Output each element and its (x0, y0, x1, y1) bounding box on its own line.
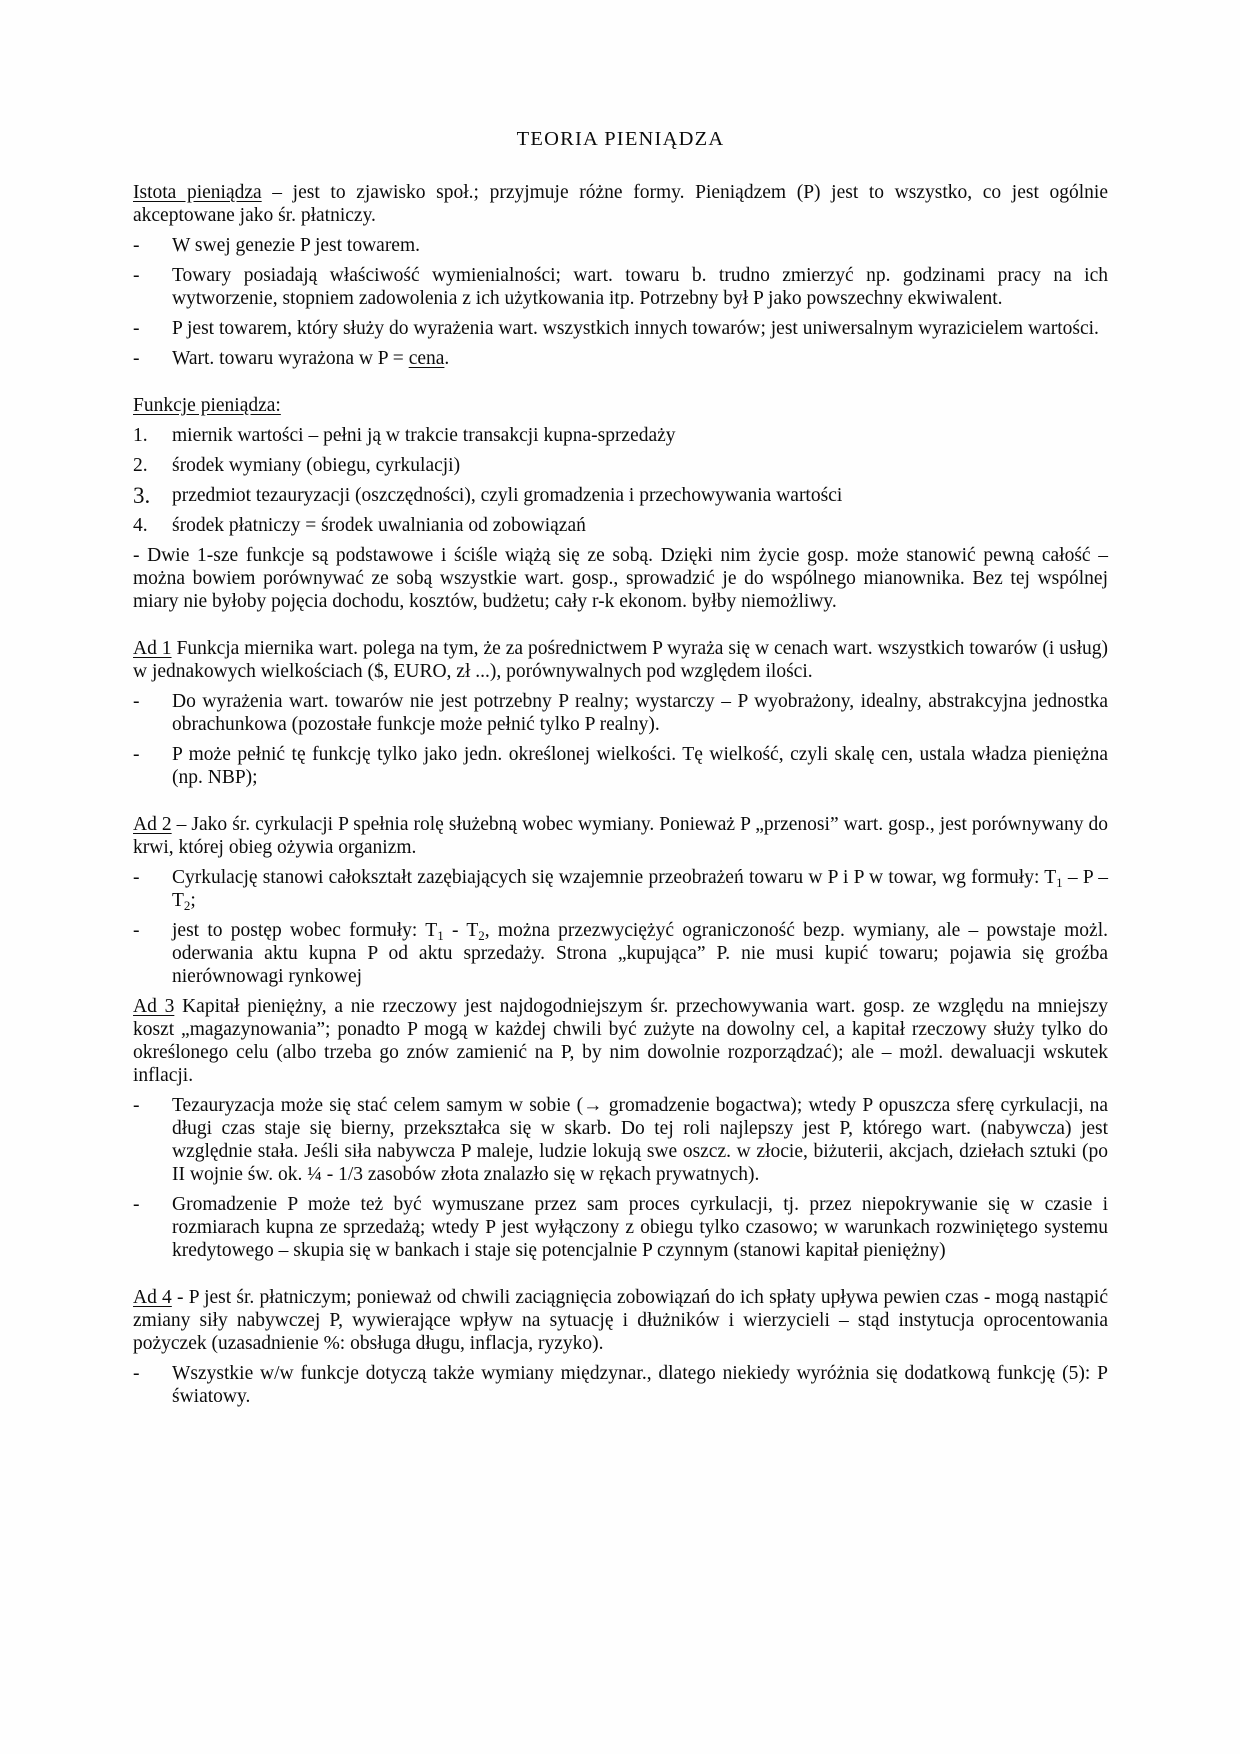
text-run: miernik wartości – pełni ją w trakcie tr… (172, 425, 676, 446)
bullet-list-ad1: - Do wyrażenia wart. towarów nie jest po… (133, 690, 1108, 789)
list-item: 1. miernik wartości – pełni ją w trakcie… (133, 424, 1108, 447)
list-item: - Cyrkulację stanowi całokształt zazębia… (133, 866, 1108, 912)
text-run: P może pełnić tę funkcję tylko jako jedn… (172, 744, 1108, 788)
list-item-text: jest to postęp wobec formuły: T1 - T2, m… (172, 919, 1108, 988)
list-item-text: Cyrkulację stanowi całokształt zazębiają… (172, 866, 1108, 912)
list-item-text: Towary posiadają właściwość wymienialnoś… (172, 264, 1108, 310)
text-run: środek płatniczy = środek uwalniania od … (172, 515, 586, 536)
text-run: Do wyrażenia wart. towarów nie jest potr… (172, 691, 1108, 735)
list-item: - Towary posiadają właściwość wymienialn… (133, 264, 1108, 310)
list-item: - Gromadzenie P może też być wymuszane p… (133, 1193, 1108, 1262)
list-item: - P jest towarem, który służy do wyrażen… (133, 317, 1108, 340)
list-item-text: Tezauryzacja może się stać celem samym w… (172, 1094, 1108, 1186)
bullet-list-ad3: - Tezauryzacja może się stać celem samym… (133, 1094, 1108, 1262)
text-run: W swej genezie P jest towarem. (172, 235, 420, 256)
list-item-text: Wart. towaru wyrażona w P = cena. (172, 347, 1108, 370)
list-item: 4. środek płatniczy = środek uwalniania … (133, 514, 1108, 537)
list-item-text: Do wyrażenia wart. towarów nie jest potr… (172, 690, 1108, 736)
dash-bullet-marker: - (133, 234, 172, 257)
dash-bullet-marker: - (133, 347, 172, 370)
list-item-text: Wszystkie w/w funkcje dotyczą także wymi… (172, 1362, 1108, 1408)
underlined-text: Ad 1 (133, 638, 172, 659)
text-run: - Dwie 1-sze funkcje są podstawowe i ści… (133, 545, 1108, 612)
list-item-text: W swej genezie P jest towarem. (172, 234, 1108, 257)
text-run: ; (190, 890, 195, 911)
dash-bullet-marker: - (133, 264, 172, 310)
text-run: – Jako śr. cyrkulacji P spełnia rolę słu… (133, 814, 1108, 858)
dash-bullet-marker: - (133, 919, 172, 988)
list-item: 2. środek wymiany (obiegu, cyrkulacji) (133, 454, 1108, 477)
dash-bullet-marker: - (133, 317, 172, 340)
underlined-text: Ad 3 (133, 996, 174, 1017)
list-item: - W swej genezie P jest towarem. (133, 234, 1108, 257)
bullet-list-final: - Wszystkie w/w funkcje dotyczą także wy… (133, 1362, 1108, 1408)
number-marker: 2. (133, 454, 172, 477)
text-run: jest to postęp wobec formuły: T (172, 920, 437, 941)
list-item-text: P jest towarem, który służy do wyrażenia… (172, 317, 1108, 340)
number-marker: 3. (133, 484, 172, 507)
paragraph-ad4: Ad 4 - P jest śr. płatniczym; ponieważ o… (133, 1286, 1108, 1355)
list-item: - Tezauryzacja może się stać celem samym… (133, 1094, 1108, 1186)
underlined-text: Istota pieniądza (133, 182, 262, 203)
dash-bullet-marker: - (133, 743, 172, 789)
paragraph-ad2: Ad 2 – Jako śr. cyrkulacji P spełnia rol… (133, 813, 1108, 859)
list-item-text: P może pełnić tę funkcję tylko jako jedn… (172, 743, 1108, 789)
bullet-list-istota: - W swej genezie P jest towarem. - Towar… (133, 234, 1108, 370)
underlined-text: Ad 2 (133, 814, 172, 835)
list-item: - Do wyrażenia wart. towarów nie jest po… (133, 690, 1108, 736)
list-item: - Wart. towaru wyrażona w P = cena. (133, 347, 1108, 370)
paragraph-dwie-funkcje: - Dwie 1-sze funkcje są podstawowe i ści… (133, 544, 1108, 613)
text-run: – jest to zjawisko społ.; przyjmuje różn… (133, 182, 1108, 226)
text-run: Gromadzenie P może też być wymuszane prz… (172, 1194, 1108, 1261)
list-item-text: środek wymiany (obiegu, cyrkulacji) (172, 454, 1108, 477)
paragraph-ad3: Ad 3 Kapitał pieniężny, a nie rzeczowy j… (133, 995, 1108, 1087)
list-item: - Wszystkie w/w funkcje dotyczą także wy… (133, 1362, 1108, 1408)
list-item: 3. przedmiot tezauryzacji (oszczędności)… (133, 484, 1108, 507)
text-run: środek wymiany (obiegu, cyrkulacji) (172, 455, 460, 476)
list-item-text: środek płatniczy = środek uwalniania od … (172, 514, 1108, 537)
text-run: Wart. towaru wyrażona w P = (172, 348, 409, 369)
text-run: Funkcja miernika wart. polega na tym, że… (133, 638, 1108, 682)
dash-bullet-marker: - (133, 1094, 172, 1186)
dash-bullet-marker: - (133, 690, 172, 736)
heading-funkcje-pieniadza: Funkcje pieniądza: (133, 394, 1108, 417)
paragraph-ad1: Ad 1 Funkcja miernika wart. polega na ty… (133, 637, 1108, 683)
underlined-text: Funkcje pieniądza: (133, 395, 281, 416)
bullet-list-ad2: - Cyrkulację stanowi całokształt zazębia… (133, 866, 1108, 988)
list-item-text: miernik wartości – pełni ją w trakcie tr… (172, 424, 1108, 447)
number-marker: 1. (133, 424, 172, 447)
numbered-list-funkcje: 1. miernik wartości – pełni ją w trakcie… (133, 424, 1108, 537)
text-run: - P jest śr. płatniczym; ponieważ od chw… (133, 1287, 1108, 1354)
list-item: - jest to postęp wobec formuły: T1 - T2,… (133, 919, 1108, 988)
list-item-text: przedmiot tezauryzacji (oszczędności), c… (172, 484, 1108, 507)
underlined-text: Ad 4 (133, 1287, 172, 1308)
paragraph-istota-pieniadza: Istota pieniądza – jest to zjawisko społ… (133, 181, 1108, 227)
number-marker: 4. (133, 514, 172, 537)
page-content: TEORIA PIENIĄDZA Istota pieniądza – jest… (0, 0, 1240, 1408)
text-run: Towary posiadają właściwość wymienialnoś… (172, 265, 1108, 309)
text-run: P jest towarem, który służy do wyrażenia… (172, 318, 1099, 339)
underlined-text: cena (409, 348, 445, 369)
dash-bullet-marker: - (133, 1362, 172, 1408)
text-run: Kapitał pieniężny, a nie rzeczowy jest n… (133, 996, 1108, 1086)
list-item-text: Gromadzenie P może też być wymuszane prz… (172, 1193, 1108, 1262)
dash-bullet-marker: - (133, 866, 172, 912)
document-title: TEORIA PIENIĄDZA (133, 128, 1108, 151)
dash-bullet-marker: - (133, 1193, 172, 1262)
text-run: przedmiot tezauryzacji (oszczędności), c… (172, 485, 842, 506)
text-run: Cyrkulację stanowi całokształt zazębiają… (172, 867, 1056, 888)
text-run: . (444, 348, 449, 369)
text-run: Tezauryzacja może się stać celem samym w… (172, 1095, 1108, 1185)
text-run: - T (444, 920, 479, 941)
document-page: TEORIA PIENIĄDZA Istota pieniądza – jest… (0, 0, 1240, 1754)
text-run: Wszystkie w/w funkcje dotyczą także wymi… (172, 1363, 1108, 1407)
list-item: - P może pełnić tę funkcję tylko jako je… (133, 743, 1108, 789)
